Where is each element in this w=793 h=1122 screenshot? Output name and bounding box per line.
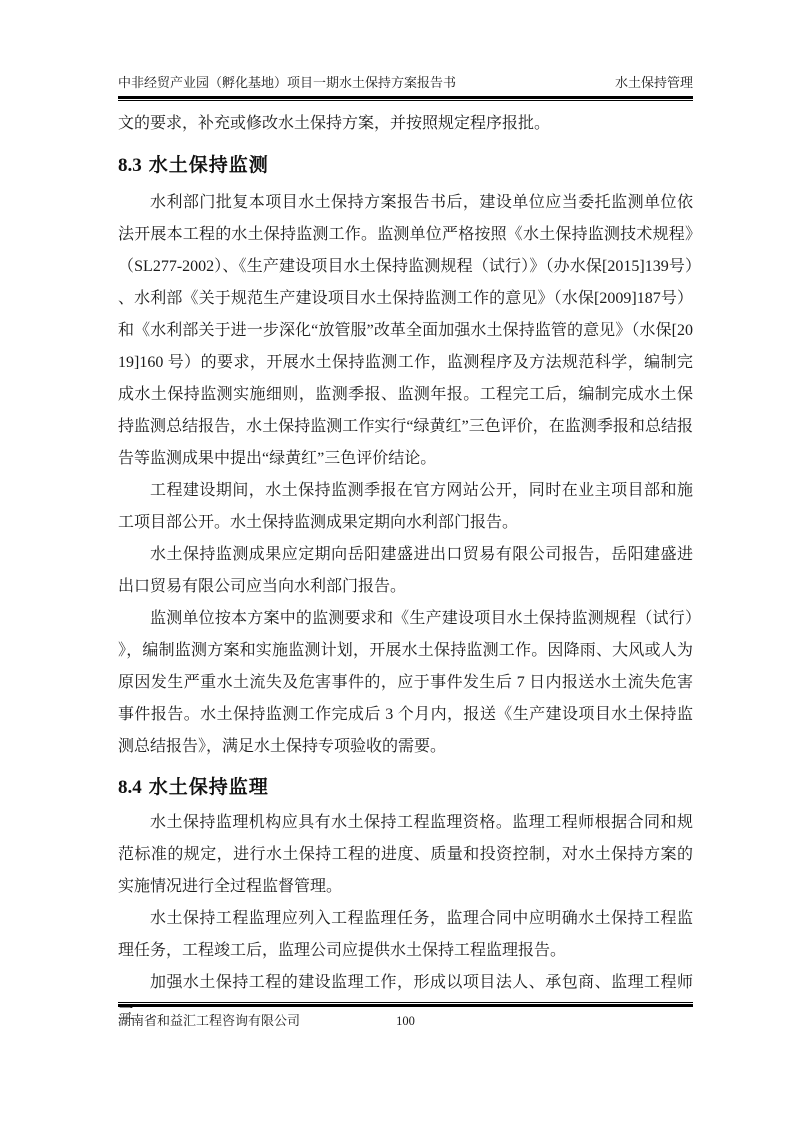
section-heading-8-4: 8.4水土保持监理 <box>118 775 693 801</box>
paragraph-continuation: 文的要求，补充或修改水土保持方案，并按照规定程序报批。 <box>118 108 693 140</box>
section-number: 8.3 <box>118 155 142 176</box>
footer-company: 湖南省和益汇工程咨询有限公司 <box>118 1011 300 1031</box>
paragraph: 水土保持工程监理应列入工程监理任务，监理合同中应明确水土保持工程监理任务，工程竣… <box>118 903 693 967</box>
section-number: 8.4 <box>118 777 142 798</box>
section-title: 水土保持监理 <box>149 777 269 798</box>
header-chapter-title: 水土保持管理 <box>615 74 693 92</box>
footer-rule <box>118 1002 693 1007</box>
footer-row: 湖南省和益汇工程咨询有限公司 100 <box>118 1011 693 1031</box>
paragraph: 水利部门批复本项目水土保持方案报告书后，建设单位应当委托监测单位依法开展本工程的… <box>118 187 693 475</box>
page-footer: 湖南省和益汇工程咨询有限公司 100 <box>118 1002 693 1031</box>
header-rule <box>118 96 693 101</box>
header-doc-title: 中非经贸产业园（孵化基地）项目一期水土保持方案报告书 <box>118 74 456 92</box>
section-heading-8-3: 8.3水土保持监测 <box>118 153 693 179</box>
paragraph: 监测单位按本方案中的监测要求和《生产建设项目水土保持监测规程（试行）》，编制监测… <box>118 603 693 763</box>
paragraph: 工程建设期间，水土保持监测季报在官方网站公开，同时在业主项目部和施工项目部公开。… <box>118 475 693 539</box>
document-page: 中非经贸产业园（孵化基地）项目一期水土保持方案报告书 水土保持管理 文的要求，补… <box>0 0 793 1122</box>
section-title: 水土保持监测 <box>149 155 269 176</box>
page-header: 中非经贸产业园（孵化基地）项目一期水土保持方案报告书 水土保持管理 <box>118 74 693 92</box>
document-body: 文的要求，补充或修改水土保持方案，并按照规定程序报批。 8.3水土保持监测 水利… <box>118 108 693 1031</box>
paragraph: 水土保持监测成果应定期向岳阳建盛进出口贸易有限公司报告，岳阳建盛进出口贸易有限公… <box>118 539 693 603</box>
paragraph: 水土保持监理机构应具有水土保持工程监理资格。监理工程师根据合同和规范标准的规定，… <box>118 807 693 903</box>
